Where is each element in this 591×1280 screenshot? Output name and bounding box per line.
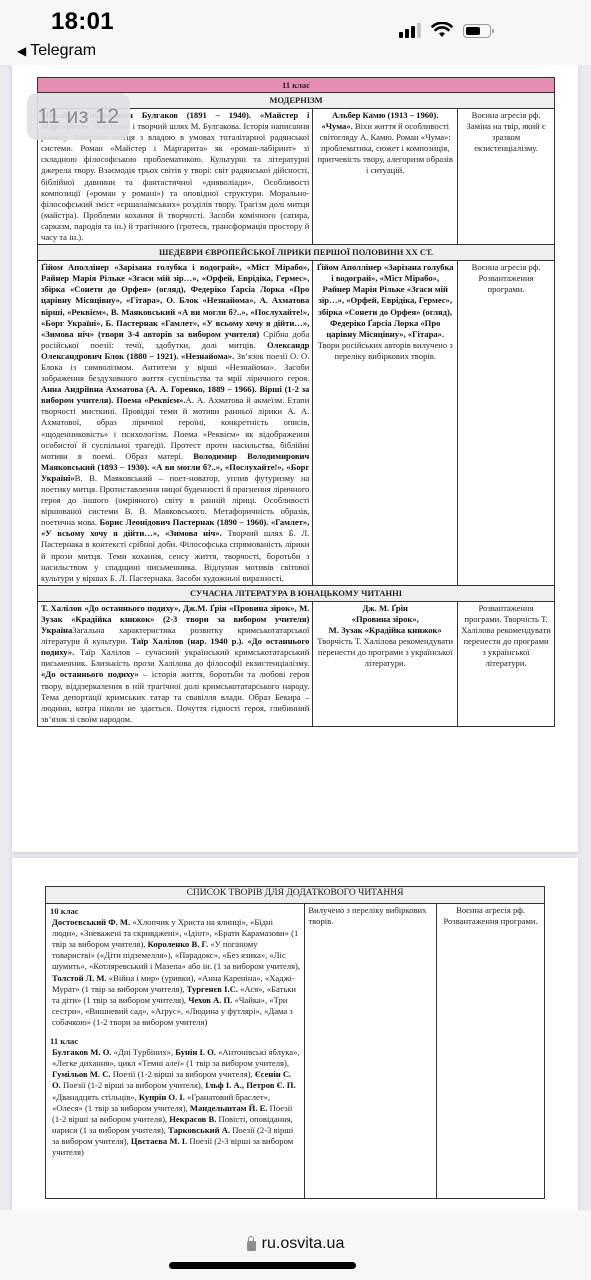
back-label: Telegram — [30, 42, 96, 60]
change-note: Воєнна агресія рф. Розвантаження програм… — [458, 261, 555, 586]
document-page-11[interactable]: 11 клас МОДЕРНІЗМ Михайло Опанасович Бул… — [12, 65, 578, 852]
replacement-content: Вилучено з переліку вибіркових творів. — [305, 904, 437, 1199]
address-bar[interactable]: ru.osvita.ua — [0, 1235, 591, 1253]
grade-header: 11 клас — [38, 78, 555, 93]
curriculum-table-grade-11: 11 клас МОДЕРНІЗМ Михайло Опанасович Бул… — [37, 77, 555, 727]
original-content: Ґійом Аполлінер «Зарізана голубка і водо… — [38, 261, 313, 586]
page-counter: 11 из 12 — [27, 93, 130, 140]
battery-icon — [463, 24, 491, 38]
clock: 18:01 — [51, 8, 114, 36]
grade-11-label: 11 клас — [50, 1036, 300, 1047]
replacement-content: Альбер Камю (1913 – 1960). «Чума». Віхи … — [313, 109, 458, 245]
grade-11-list: Булгаков М. О. «Дні Турбіних», Бунін І. … — [50, 1047, 300, 1158]
section-title-modern-literature: СУЧАСНА ЛІТЕРАТУРА В ЮНАЦЬКОМУ ЧИТАННІ — [38, 585, 555, 601]
section-title-european-lyrics: ШЕДЕВРИ ЄВРОПЕЙСЬКОЇ ЛІРИКИ ПЕРШОЇ ПОЛОВ… — [38, 245, 555, 261]
back-arrow-icon: ◀ — [17, 44, 26, 58]
change-note: Воєнна агресія рф. Заміна на твір, який … — [458, 109, 555, 245]
lock-icon — [247, 1241, 256, 1251]
url-text: ru.osvita.ua — [262, 1235, 345, 1253]
grade-10-list: Достоєвський Ф. М. «Хлопчик у Христа на … — [50, 917, 300, 1028]
cellular-signal-icon — [399, 22, 421, 38]
additional-reading-table: СПИСОК ТВОРІВ ДЛЯ ДОДАТКОВОГО ЧИТАННЯ 10… — [45, 886, 545, 1199]
wifi-icon — [431, 22, 453, 38]
home-indicator[interactable] — [169, 1262, 356, 1269]
system-icons — [399, 22, 491, 38]
reading-list: 10 клас Достоєвський Ф. М. «Хлопчик у Хр… — [46, 904, 305, 1199]
original-content: Т. Халілов «До останнього подиху», Дж.М.… — [38, 601, 313, 726]
document-page-12[interactable]: СПИСОК ТВОРІВ ДЛЯ ДОДАТКОВОГО ЧИТАННЯ 10… — [12, 858, 578, 1238]
back-to-telegram-button[interactable]: ◀ Telegram — [17, 42, 96, 60]
table-row: Ґійом Аполлінер «Зарізана голубка і водо… — [38, 261, 555, 586]
replacement-content: Дж. М. Ґрін«Провина зірок»,М. Зузак «Кра… — [313, 601, 458, 726]
replacement-content: Ґійом Аполлінер «Зарізана голубка і водо… — [313, 261, 458, 586]
table-row: 10 клас Достоєвський Ф. М. «Хлопчик у Хр… — [46, 904, 545, 1199]
browser-bottom-bar: ru.osvita.ua — [0, 1210, 591, 1280]
grade-10-label: 10 клас — [50, 906, 300, 917]
status-bar: 18:01 ◀ Telegram — [0, 0, 591, 65]
change-note: Воєнна агресія рф. Розвантаження програм… — [437, 904, 545, 1199]
additional-reading-title: СПИСОК ТВОРІВ ДЛЯ ДОДАТКОВОГО ЧИТАННЯ — [46, 887, 545, 904]
change-note: Розвантаження програми. Творчість Т. Хал… — [458, 601, 555, 726]
table-row: Т. Халілов «До останнього подиху», Дж.М.… — [38, 601, 555, 726]
